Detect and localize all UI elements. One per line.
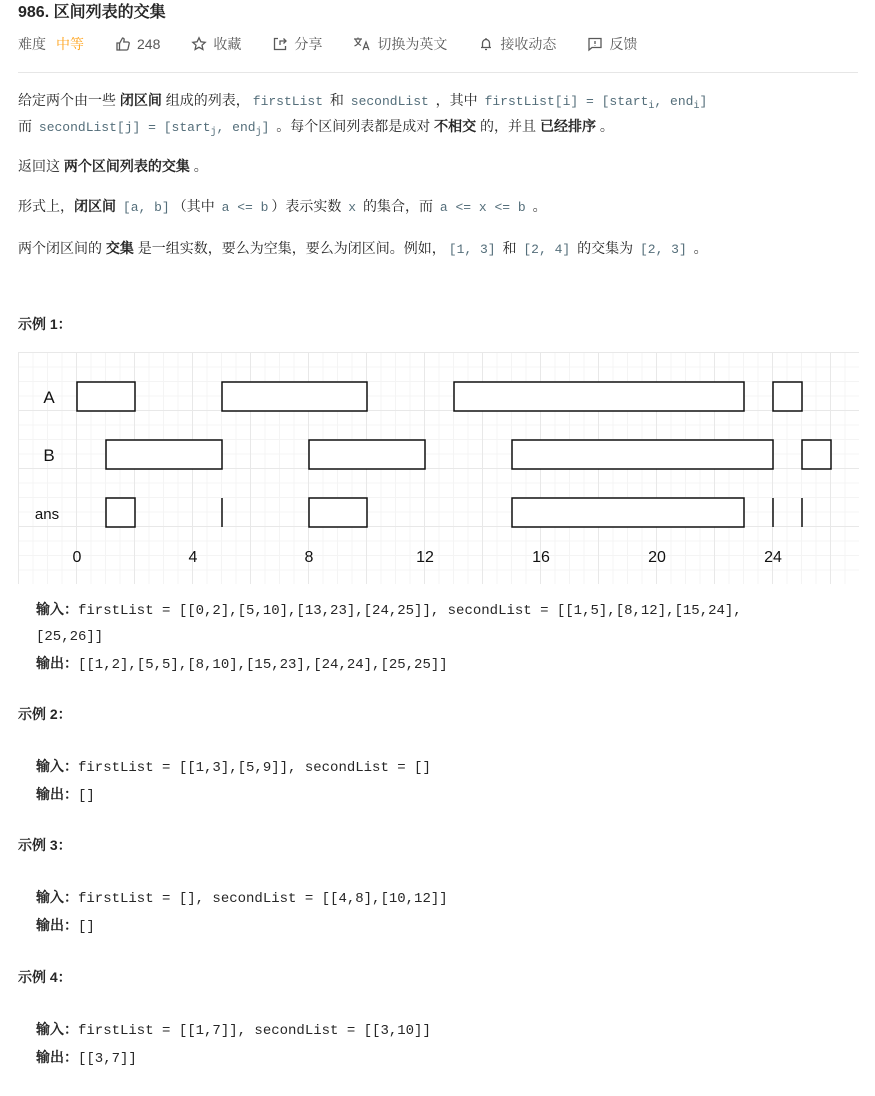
bold-text: 交集 bbox=[106, 240, 134, 256]
text: 和 bbox=[499, 240, 521, 256]
bold-text: 闭区间 bbox=[120, 92, 162, 108]
interval-bar bbox=[773, 382, 802, 411]
output-value: [[1,2],[5,5],[8,10],[15,23],[24,24],[25,… bbox=[78, 657, 448, 673]
share-icon bbox=[272, 36, 288, 52]
text: 。 bbox=[690, 240, 708, 256]
text: 而 bbox=[18, 118, 36, 134]
divider bbox=[18, 72, 858, 73]
row-label: ans bbox=[35, 506, 59, 523]
text: 。 bbox=[596, 118, 614, 134]
example-2-title: 示例 2： bbox=[18, 704, 72, 724]
description-paragraph-1b: 而 secondList[j] = [startj, endj] 。每个区间列表… bbox=[18, 114, 858, 140]
bold-text: 不相交 bbox=[434, 118, 476, 134]
feedback-icon bbox=[587, 36, 603, 52]
switch-language-label: 切换为英文 bbox=[377, 34, 447, 54]
text: 的，并且 bbox=[476, 118, 540, 134]
text: 。 bbox=[190, 158, 208, 174]
interval-bar bbox=[512, 498, 744, 527]
translate-icon bbox=[353, 36, 371, 52]
example-1-output: 输出：[[1,2],[5,5],[8,10],[15,23],[24,24],[… bbox=[36, 650, 742, 678]
input-value: firstList = [[1,3],[5,9]], secondList = … bbox=[78, 760, 431, 776]
axis-tick-label: 0 bbox=[73, 549, 82, 566]
example-4-title: 示例 4： bbox=[18, 967, 72, 987]
like-button[interactable]: 248 bbox=[115, 36, 160, 52]
interval-bar bbox=[512, 440, 773, 469]
feedback-button[interactable]: 反馈 bbox=[587, 34, 637, 54]
example-2-body: 输入：firstList = [[1,3],[5,9]], secondList… bbox=[36, 753, 431, 809]
input-value: firstList = [[1,7]], secondList = [[3,10… bbox=[78, 1023, 431, 1039]
row-label: B bbox=[43, 446, 54, 465]
difficulty: 难度 中等 bbox=[18, 34, 84, 54]
interval-bar bbox=[309, 498, 367, 527]
input-value: firstList = [], secondList = [[4,8],[10,… bbox=[78, 891, 448, 907]
subscribe-button[interactable]: 接收动态 bbox=[478, 34, 556, 54]
input-value: firstList = [[0,2],[5,10],[13,23],[24,25… bbox=[78, 603, 742, 619]
interval-diagram: ABans04812162024 bbox=[18, 352, 859, 584]
inline-code: x bbox=[345, 200, 359, 215]
interval-bar bbox=[106, 498, 135, 527]
inline-code: a <= b bbox=[219, 200, 272, 215]
bold-text: 闭区间 bbox=[74, 198, 116, 214]
inline-code: a <= x <= b bbox=[437, 200, 529, 215]
interval-bar bbox=[454, 382, 744, 411]
code-part: ] bbox=[262, 120, 270, 135]
text: 是一组实数，要么为空集，要么为闭区间。例如， bbox=[134, 240, 446, 256]
inline-code: [a, b] bbox=[120, 200, 173, 215]
inline-code: [2, 3] bbox=[637, 242, 690, 257]
difficulty-value: 中等 bbox=[56, 34, 84, 54]
code-part: , end bbox=[654, 94, 693, 109]
axis-tick-label: 16 bbox=[532, 549, 550, 566]
example-3-output: 输出：[] bbox=[36, 912, 448, 940]
input-label: 输入： bbox=[36, 1021, 78, 1037]
code-part: ] bbox=[699, 94, 707, 109]
problem-description: 给定两个由一些 闭区间 组成的列表，firstList 和 secondList… bbox=[18, 88, 858, 276]
axis-tick-label: 4 bbox=[189, 549, 198, 566]
bold-text: 两个区间列表的交集 bbox=[64, 158, 190, 174]
description-paragraph-1: 给定两个由一些 闭区间 组成的列表，firstList 和 secondList… bbox=[18, 88, 858, 114]
example-3-body: 输入：firstList = [], secondList = [[4,8],[… bbox=[36, 884, 448, 940]
text: 的集合，而 bbox=[359, 198, 437, 214]
share-button[interactable]: 分享 bbox=[272, 34, 322, 54]
axis-tick-label: 20 bbox=[648, 549, 666, 566]
switch-language-button[interactable]: 切换为英文 bbox=[353, 34, 447, 54]
share-label: 分享 bbox=[294, 34, 322, 54]
example-2-output: 输出：[] bbox=[36, 781, 431, 809]
output-value: [] bbox=[78, 788, 95, 804]
code-part: , end bbox=[217, 120, 256, 135]
output-label: 输出： bbox=[36, 786, 78, 802]
problem-meta-bar: 难度 中等 248 收藏 分享 切换为英文 接收动态 反馈 bbox=[18, 33, 668, 55]
row-label: A bbox=[43, 388, 55, 407]
text: 返回这 bbox=[18, 158, 64, 174]
interval-bar bbox=[222, 382, 367, 411]
favorite-label: 收藏 bbox=[213, 34, 241, 54]
example-3-input: 输入：firstList = [], secondList = [[4,8],[… bbox=[36, 884, 448, 912]
output-label: 输出： bbox=[36, 917, 78, 933]
output-value: [[3,7]] bbox=[78, 1051, 137, 1067]
text: 的交集为 bbox=[573, 240, 637, 256]
problem-title: 986. 区间列表的交集 bbox=[18, 2, 166, 24]
example-3-title: 示例 3： bbox=[18, 835, 72, 855]
text: ）表示实数 bbox=[271, 198, 345, 214]
text: 。每个区间列表都是成对 bbox=[272, 118, 434, 134]
inline-code: [1, 3] bbox=[446, 242, 499, 257]
inline-code: firstList[i] = [starti, endi] bbox=[482, 94, 711, 109]
text: 组成的列表， bbox=[162, 92, 250, 108]
inline-code: secondList bbox=[348, 94, 432, 109]
axis-tick-label: 24 bbox=[764, 549, 782, 566]
favorite-button[interactable]: 收藏 bbox=[191, 34, 241, 54]
text: （其中 bbox=[173, 198, 219, 214]
interval-bar bbox=[106, 440, 222, 469]
interval-bar bbox=[309, 440, 425, 469]
example-1-body: 输入：firstList = [[0,2],[5,10],[13,23],[24… bbox=[36, 596, 742, 678]
example-2-input: 输入：firstList = [[1,3],[5,9]], secondList… bbox=[36, 753, 431, 781]
input-label: 输入： bbox=[36, 889, 78, 905]
like-count: 248 bbox=[137, 36, 160, 52]
star-icon bbox=[191, 36, 207, 52]
bold-text: 已经排序 bbox=[540, 118, 596, 134]
example-1-input: 输入：firstList = [[0,2],[5,10],[13,23],[24… bbox=[36, 596, 742, 624]
bell-icon bbox=[478, 36, 494, 52]
input-label: 输入： bbox=[36, 758, 78, 774]
feedback-label: 反馈 bbox=[609, 34, 637, 54]
input-label: 输入： bbox=[36, 601, 78, 617]
text: 形式上， bbox=[18, 198, 74, 214]
output-value: [] bbox=[78, 919, 95, 935]
description-paragraph-3: 形式上，闭区间 [a, b]（其中 a <= b）表示实数 x 的集合，而 a … bbox=[18, 194, 858, 220]
output-label: 输出： bbox=[36, 1049, 78, 1065]
code-part: firstList[i] = [start bbox=[485, 94, 649, 109]
example-4-input: 输入：firstList = [[1,7]], secondList = [[3… bbox=[36, 1016, 431, 1044]
subscribe-label: 接收动态 bbox=[500, 34, 556, 54]
interval-bar bbox=[802, 440, 831, 469]
example-1-title: 示例 1： bbox=[18, 314, 72, 334]
text: 给定两个由一些 bbox=[18, 92, 120, 108]
description-paragraph-4: 两个闭区间的 交集 是一组实数，要么为空集，要么为闭区间。例如，[1, 3] 和… bbox=[18, 236, 858, 262]
code-part: secondList[j] = [start bbox=[39, 120, 211, 135]
text: 和 bbox=[326, 92, 348, 108]
text: ，其中 bbox=[432, 92, 482, 108]
inline-code: firstList bbox=[250, 94, 326, 109]
interval-bar bbox=[77, 382, 135, 411]
text: 两个闭区间的 bbox=[18, 240, 106, 256]
axis-tick-label: 12 bbox=[416, 549, 434, 566]
interval-diagram-svg: ABans04812162024 bbox=[18, 352, 859, 584]
thumbs-up-icon bbox=[115, 36, 131, 52]
text: 。 bbox=[529, 198, 547, 214]
example-4-output: 输出：[[3,7]] bbox=[36, 1044, 431, 1072]
inline-code: [2, 4] bbox=[520, 242, 573, 257]
inline-code: secondList[j] = [startj, endj] bbox=[36, 120, 273, 135]
difficulty-label: 难度 bbox=[18, 34, 46, 54]
example-1-input-cont: [25,26]] bbox=[36, 624, 742, 650]
axis-tick-label: 8 bbox=[305, 549, 314, 566]
example-4-body: 输入：firstList = [[1,7]], secondList = [[3… bbox=[36, 1016, 431, 1072]
description-paragraph-2: 返回这 两个区间列表的交集 。 bbox=[18, 154, 858, 178]
output-label: 输出： bbox=[36, 655, 78, 671]
